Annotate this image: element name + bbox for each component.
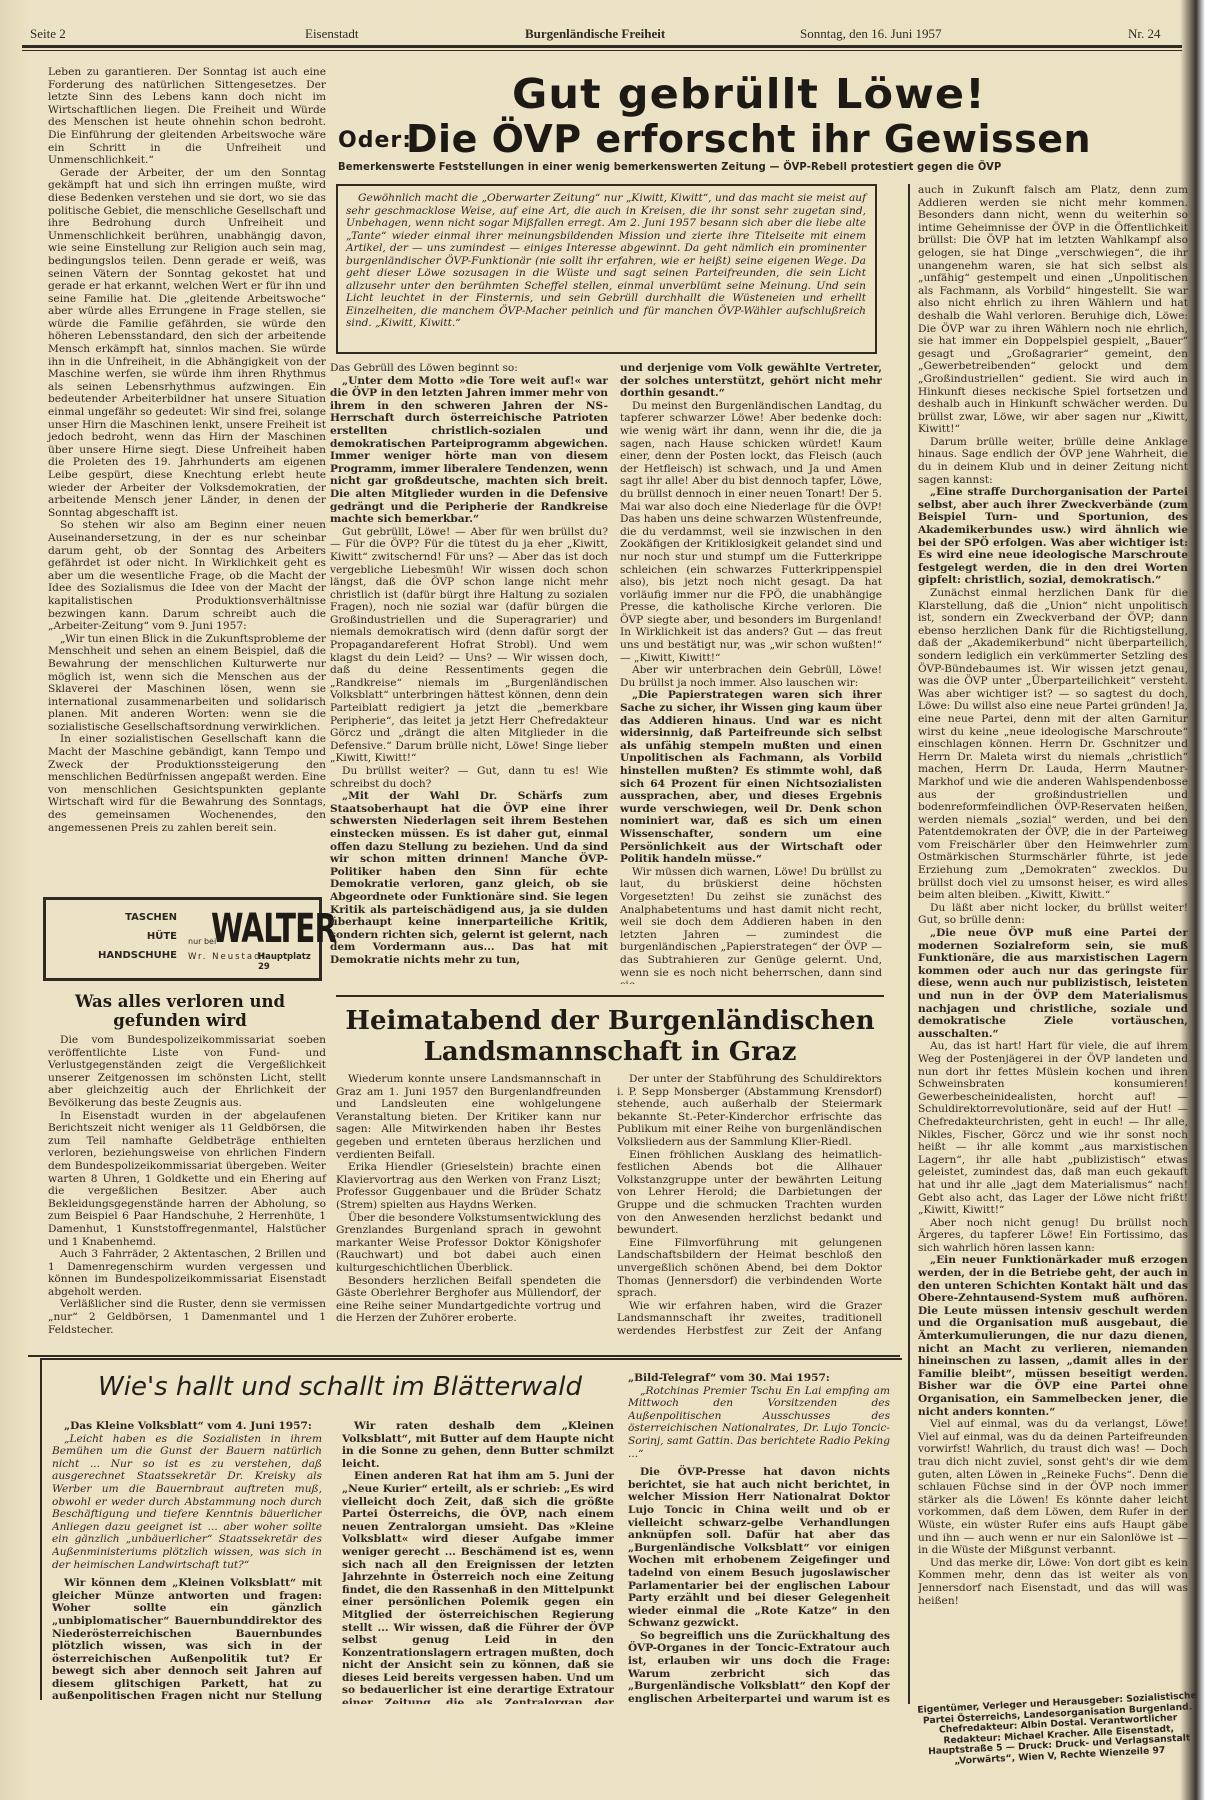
paragraph: „Rotchinas Premier Tschu En Lai empfing … [628, 1385, 890, 1461]
main-headline-2: Die ÖVP erforscht ihr Gewissen [406, 118, 1091, 160]
subheadline: Bemerkenswerte Feststellungen in einer w… [338, 160, 1212, 173]
main-headline: Gut gebrüllt Löwe! [512, 72, 986, 116]
paragraph: „Eine straffe Durchorganisation der Part… [918, 486, 1188, 587]
paragraph: Die vom Bundespolizeikommissariat soeben… [48, 1034, 326, 1110]
header-rule-thin [22, 50, 1182, 51]
page-number: Seite 2 [30, 26, 66, 46]
paragraph: Wir raten deshalb dem „Kleinen Volksblat… [342, 1420, 614, 1470]
box-border-top [40, 1358, 902, 1360]
left-column-text: Leben zu garantieren. Der Sonntag ist au… [48, 66, 326, 834]
paragraph: „Die neue ÖVP muß eine Partei der modern… [918, 927, 1188, 1040]
paragraph: Auch 3 Fahrräder, 2 Aktentaschen, 2 Bril… [48, 1248, 326, 1298]
paragraph: Zunächst einmal herzlichen Dank für die … [918, 587, 1188, 902]
lead-column-1: Das Gebrüll des Löwen beginnt so:„Unter … [330, 362, 608, 984]
paragraph: Leben zu garantieren. Der Sonntag ist au… [48, 66, 326, 167]
lead-column-3: auch in Zukunft falsch am Platz, denn zu… [918, 184, 1188, 1689]
box-border-left [40, 1360, 42, 1700]
blaetterwald-column-3: „Bild-Telegraf“ vom 30. Mai 1957:„Rotchi… [628, 1366, 890, 1704]
ad-brand: WALTER [211, 906, 336, 952]
paragraph: „Die Papierstrategen waren sich ihrer Sa… [620, 689, 882, 865]
paragraph: Wiederum konnte unsere Landsmannschaft i… [336, 1073, 601, 1161]
paragraph: „Mit der Wahl Dr. Schärfs zum Staatsober… [330, 790, 608, 966]
paragraph: „Leicht haben es die Sozialisten in ihre… [52, 1433, 322, 1572]
paragraph: Wir können dem „Kleinen Volksblatt“ mit … [52, 1577, 322, 1704]
heimatabend-text: Wiederum konnte unsere Landsmannschaft i… [336, 1073, 882, 1343]
blaetterwald-title: Wie's hallt und schallt im Blätterwald [90, 1372, 590, 1402]
paragraph: Und das merke dir, Löwe: Von dort gibt e… [918, 1557, 1188, 1607]
paragraph: Du meinst den Burgenländischen Landtag, … [620, 400, 882, 664]
paragraph: Über die besondere Volkstumsentwicklung … [336, 1212, 601, 1275]
ad-location: Wr. Neustadt [188, 952, 267, 962]
paragraph: auch in Zukunft falsch am Platz, denn zu… [918, 184, 1188, 436]
headline-prefix: Oder: [338, 128, 412, 153]
heimatabend-title-line1: Heimatabend der Burgenländischen [330, 1006, 890, 1037]
paragraph: Au, das ist hart! Hart für viele, die au… [918, 1040, 1188, 1216]
paragraph: Besonders herzlichen Beifall spendeten d… [336, 1275, 601, 1325]
ad-item: TASCHEN [72, 908, 177, 927]
ad-item: HÜTE [72, 927, 177, 946]
ad-address: Hauptplatz 29 [258, 952, 319, 972]
paper-name: Burgenländische Freiheit [525, 26, 665, 46]
paragraph: und derjenige vom Volk gewählte Vertrete… [620, 362, 882, 400]
paragraph: Aber wir unterbrachen dein Gebrüll, Löwe… [620, 664, 882, 689]
lost-found-text: Die vom Bundespolizeikommissariat soeben… [48, 1034, 326, 1336]
walter-advertisement: TASCHEN HÜTE HANDSCHUHE nur bei WALTER W… [43, 897, 322, 981]
paragraph: Gut gebrüllt, Löwe! — Aber für wen brüll… [330, 526, 608, 765]
intro-text: Gewöhnlich macht die „Oberwarter Zeitung… [346, 192, 866, 330]
paragraph: Wir müssen dich warnen, Löwe! Du brüllst… [620, 866, 882, 984]
section-rule [28, 1355, 900, 1357]
lead-column-2: und derjenige vom Volk gewählte Vertrete… [620, 362, 882, 984]
heimatabend-title-line2: Landsmannschaft in Graz [330, 1037, 890, 1068]
paragraph: Du läßt aber nicht locker, du brüllst we… [918, 902, 1188, 927]
paragraph: Der unter der Stabführung des Schuldirek… [617, 1073, 882, 1149]
paragraph: Gerade der Arbeiter, der um den Sonntag … [48, 167, 326, 520]
column-border [908, 184, 910, 1704]
paragraph: Einen fröhlichen Ausklang des heimatlich… [617, 1149, 882, 1237]
paragraph: Verläßlicher sind die Ruster, denn sie v… [48, 1298, 326, 1336]
heimatabend-title: Heimatabend der Burgenländischen Landsma… [330, 1006, 890, 1068]
paragraph: So stehen wir also am Beginn einer neuen… [48, 519, 326, 632]
paragraph: Eine Filmvorführung mit gelungenen Lands… [617, 1237, 882, 1300]
paragraph: So begreiflich uns die Zurückhaltung des… [628, 1630, 890, 1704]
paragraph: Einen anderen Rat hat ihm am 5. Juni der… [342, 1470, 614, 1704]
paragraph: Erika Hiendler (Grieselstein) brachte ei… [336, 1161, 601, 1211]
newspaper-page: Seite 2 Eisenstadt Burgenländische Freih… [0, 0, 1212, 1800]
issue-number: Nr. 24 [1128, 26, 1161, 46]
city: Eisenstadt [305, 26, 358, 46]
header-rule [22, 45, 1182, 48]
ad-item: HANDSCHUHE [42, 946, 177, 965]
paragraph: In einer sozialistischen Gesellschaft ka… [48, 733, 326, 834]
paragraph: „Bild-Telegraf“ vom 30. Mai 1957: [628, 1372, 890, 1385]
paragraph: Du brüllst weiter? — Gut, dann tu es! Wi… [330, 765, 608, 790]
paragraph: Das Gebrüll des Löwen beginnt so: [330, 362, 608, 375]
intro-box: Gewöhnlich macht die „Oberwarter Zeitung… [336, 184, 877, 354]
paragraph: In Eisenstadt wurden in der abgelaufenen… [48, 1110, 326, 1249]
imprint: Eigentümer, Verleger und Herausgeber: So… [912, 1691, 1205, 1769]
paragraph: „Ein neuer Funktionärkader muß erzogen w… [918, 1254, 1188, 1418]
blaetterwald-column-1: „Das Kleine Volksblatt“ vom 4. Juni 1957… [52, 1414, 322, 1704]
section-rule [336, 995, 884, 997]
paragraph: Darum brülle weiter, brülle deine Anklag… [918, 436, 1188, 486]
blaetterwald-column-2: Wir raten deshalb dem „Kleinen Volksblat… [342, 1414, 614, 1704]
paragraph: Aber noch nicht genug! Du brüllst noch Ä… [918, 1217, 1188, 1255]
paragraph: Viel auf einmal, was du da verlangst, Lö… [918, 1418, 1188, 1557]
lost-found-title: Was alles verloren und gefunden wird [40, 992, 320, 1030]
paragraph: „Das Kleine Volksblatt“ vom 4. Juni 1957… [52, 1420, 322, 1433]
paragraph: „Unter dem Motto »die Tore weit auf!« wa… [330, 375, 608, 526]
paragraph: Die ÖVP-Presse hat davon nichts berichte… [628, 1466, 890, 1630]
paragraph: „Wir tun einen Blick in die Zukunftsprob… [48, 633, 326, 734]
issue-date: Sonntag, den 16. Juni 1957 [800, 26, 942, 46]
